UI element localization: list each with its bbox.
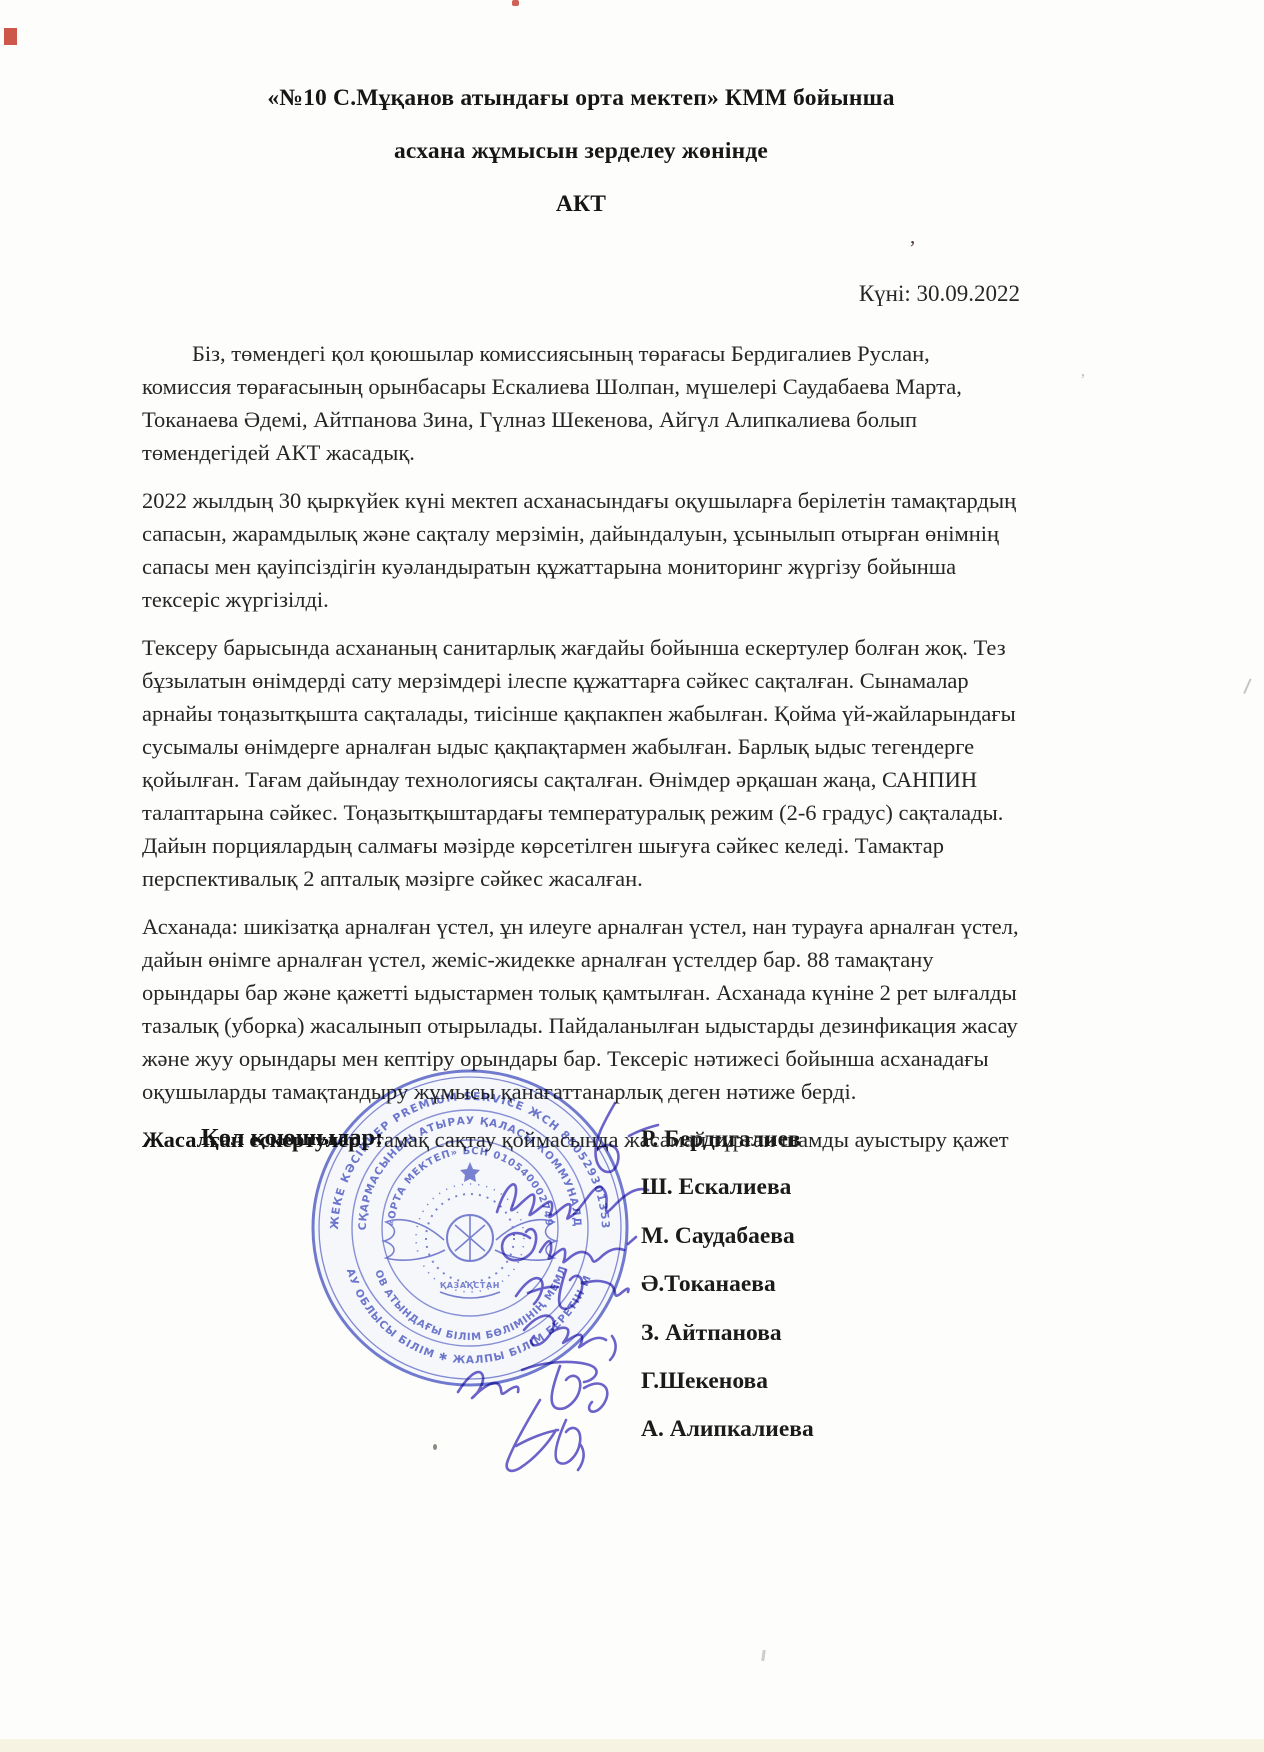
signer-name: М. Саудабаева bbox=[641, 1223, 814, 1271]
document-title-line-3: АКТ bbox=[142, 188, 1020, 221]
scan-artifact-bottom-tick bbox=[761, 1650, 766, 1661]
signature-alipkalieva bbox=[507, 1400, 584, 1471]
scanned-document-page: «№10 С.Мұқанов атындағы орта мектеп» КММ… bbox=[0, 0, 1264, 1752]
document-title-line-1: «№10 С.Мұқанов атындағы орта мектеп» КММ… bbox=[142, 82, 1020, 115]
document-date: Күні: 30.09.2022 bbox=[142, 277, 1020, 310]
stamp-emblem-caption: ҚАЗАҚСТАН bbox=[440, 1281, 500, 1290]
scan-artifact-apostrophe: ’ bbox=[1080, 370, 1086, 390]
scan-artifact-comma: , bbox=[910, 224, 915, 249]
official-round-stamp: ЖЕКЕ КӘСІПКЕР PREMIUM SERVICE ЖСН 860529… bbox=[298, 1056, 642, 1400]
paragraph-inspection-scope: 2022 жылдың 30 қыркүйек күні мектеп асха… bbox=[142, 484, 1020, 616]
signer-names-list: Р. Бердигалиев Ш. Ескалиева М. Саудабаев… bbox=[641, 1126, 814, 1465]
signer-name: Г.Шекенова bbox=[641, 1368, 814, 1416]
signer-name: А. Алипкалиева bbox=[641, 1416, 814, 1464]
document-title-line-2: асхана жұмысын зерделеу жөнінде bbox=[142, 135, 1020, 168]
signer-name: Ә.Токанаева bbox=[641, 1271, 814, 1319]
paragraph-findings: Тексеру барысында асхананың санитарлық ж… bbox=[142, 631, 1020, 895]
scan-artifact-red-dot bbox=[512, 0, 519, 6]
scan-bottom-edge bbox=[0, 1739, 1264, 1752]
signer-name: З. Айтпанова bbox=[641, 1320, 814, 1368]
document-body: «№10 С.Мұқанов атындағы орта мектеп» КММ… bbox=[142, 82, 1020, 1156]
signer-name: Ш. Ескалиева bbox=[641, 1174, 814, 1222]
paragraph-commission: Біз, төмендегі қол қоюшылар комиссиясыны… bbox=[142, 337, 1020, 469]
scan-artifact-red-square bbox=[4, 28, 17, 45]
scan-artifact-right-tick bbox=[1243, 678, 1260, 697]
scan-artifact-dot bbox=[433, 1444, 437, 1450]
signer-name: Р. Бердигалиев bbox=[641, 1126, 814, 1174]
